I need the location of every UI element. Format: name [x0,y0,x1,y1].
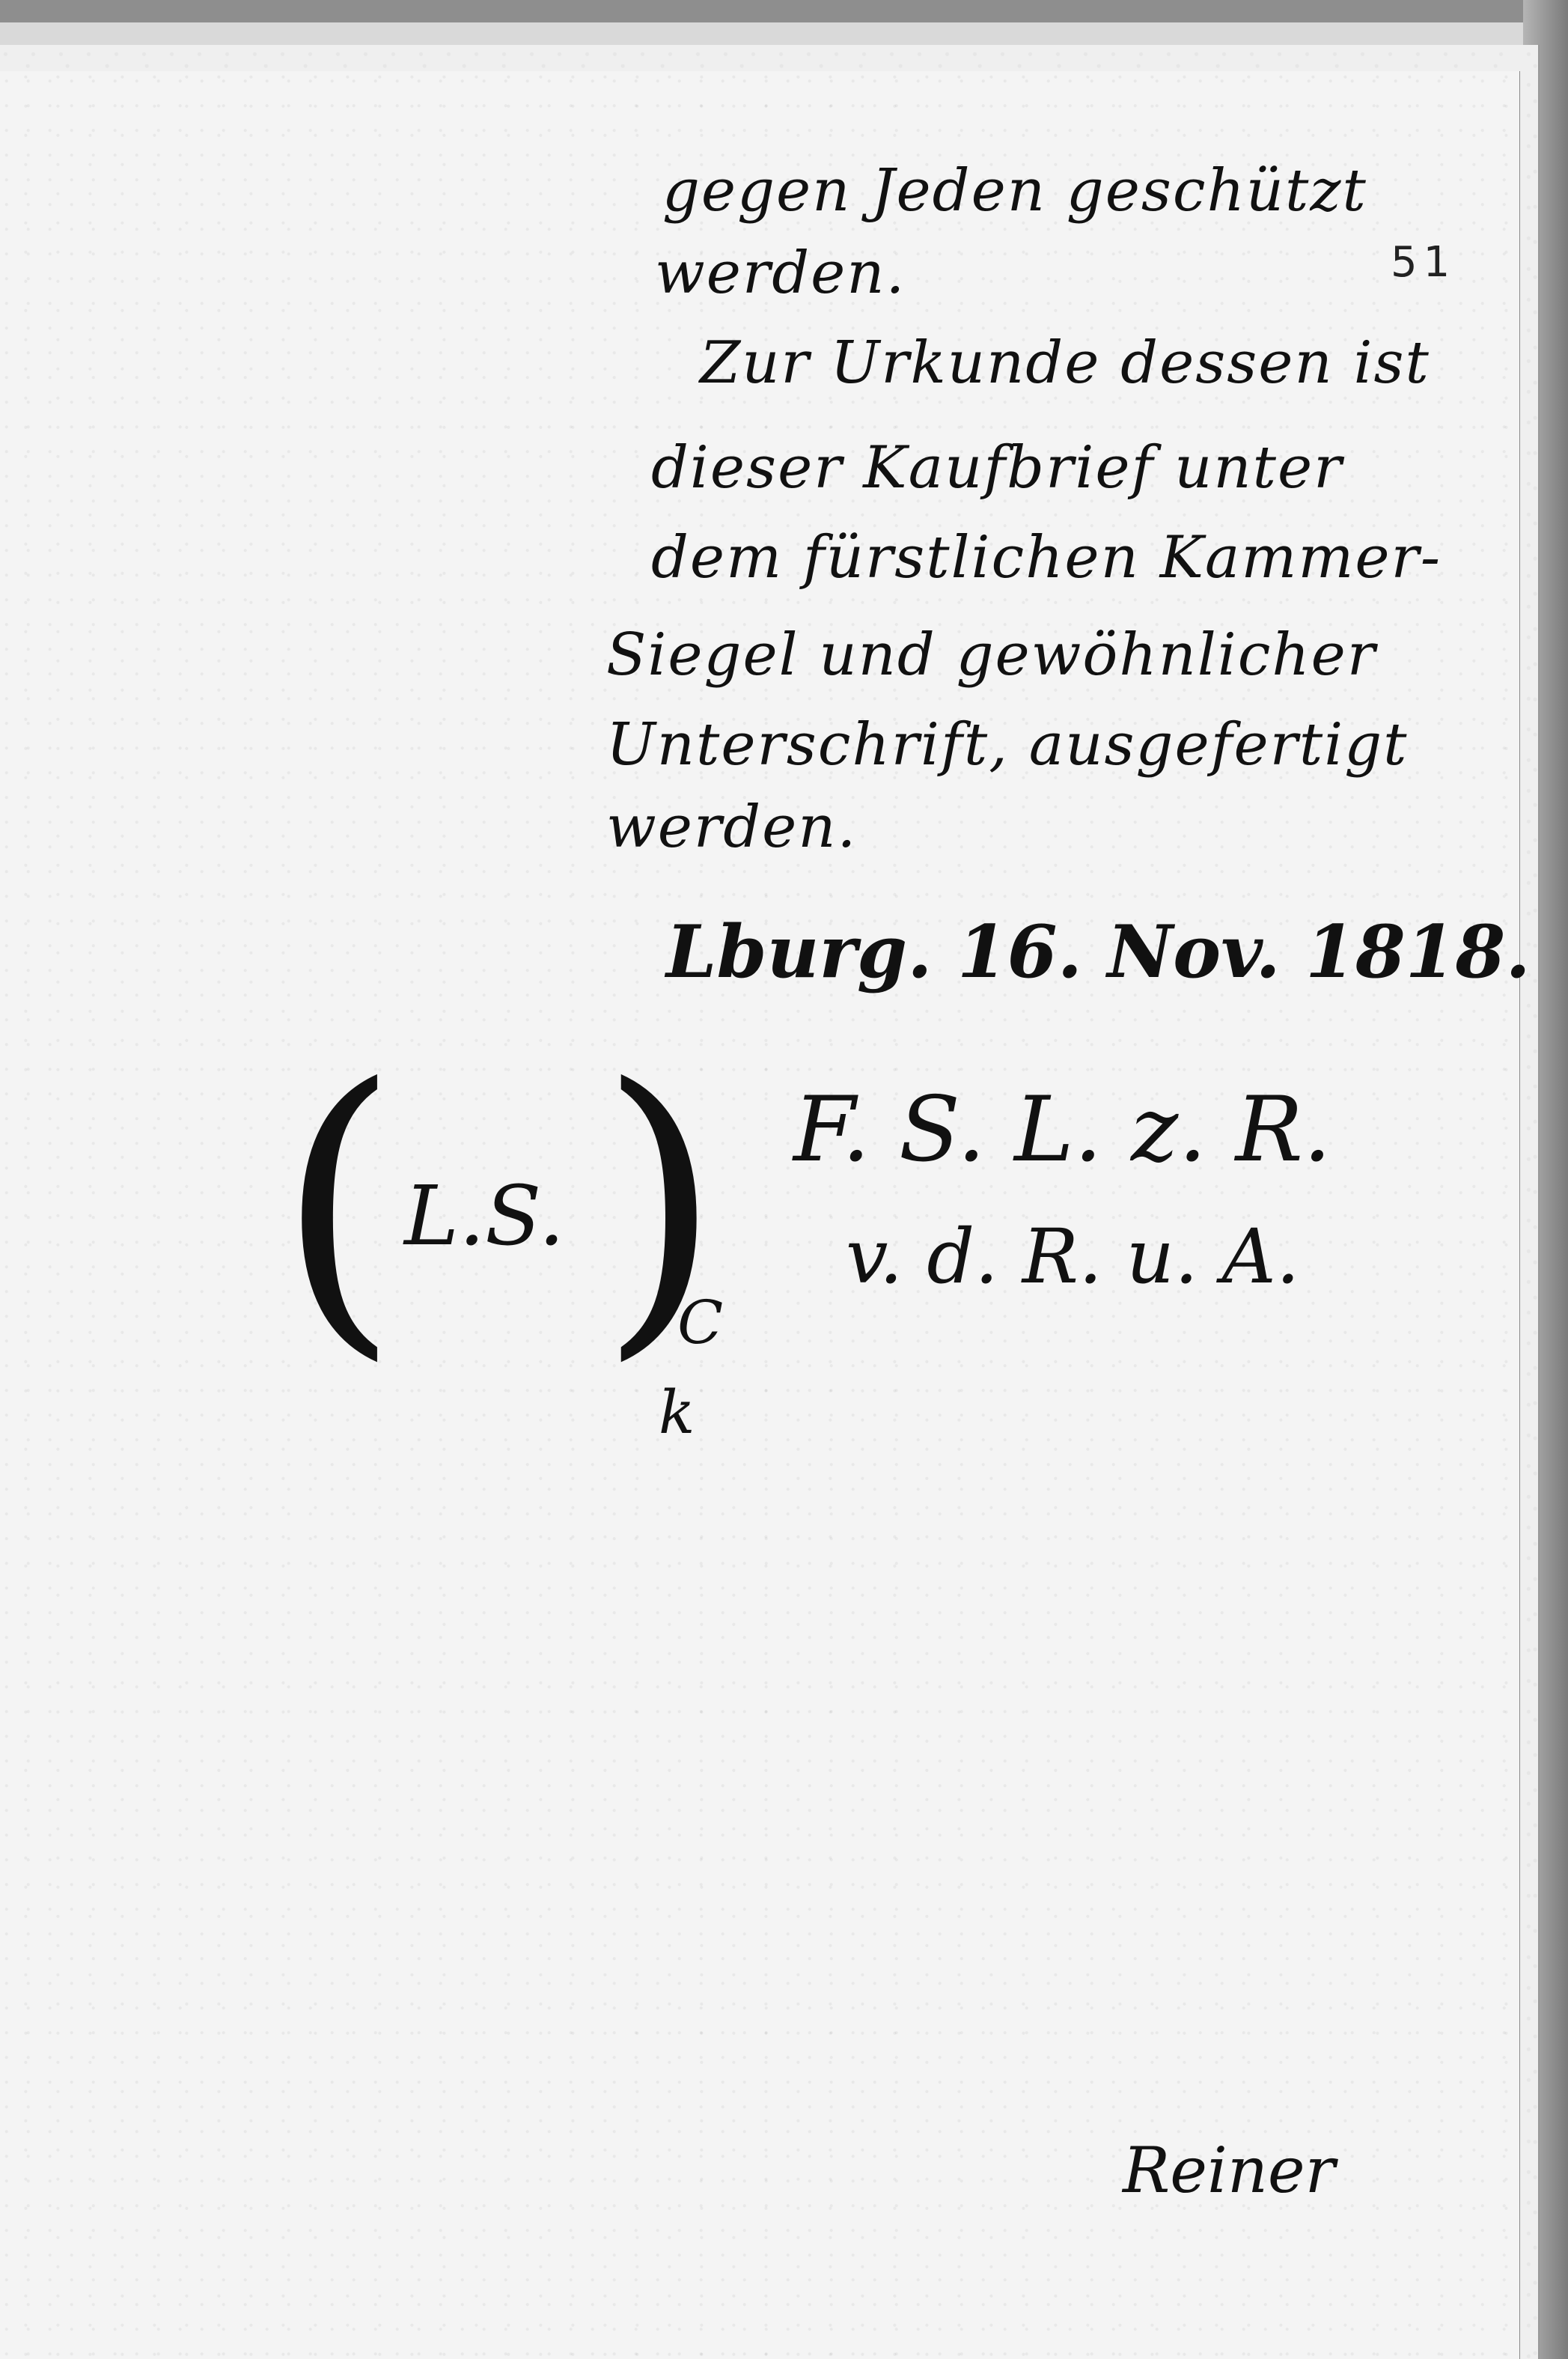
body-line-4: dieser Kaufbrief unter [651,434,1343,502]
seal-open-paren: ( [277,1063,400,1348]
seal-label: L.S. [404,1168,564,1264]
body-line-6: Siegel und gewöhnlicher [606,621,1376,689]
initial-mark-1: C [677,1288,723,1357]
initial-mark-2: k [659,1378,695,1447]
clerk-signature: Reiner [1123,2134,1335,2207]
body-line-1: gegen Jeden geschützt [662,157,1367,225]
seal-locus-sigilli: ( L.S. ) [277,1063,696,1348]
place-date: Lburg. 16. Nov. 1818. [666,910,1531,994]
body-line-3: Zur Urkunde dessen ist [700,329,1430,397]
signature-line-1: F. S. L. z. R. [793,1078,1331,1182]
signature-line-2: v. d. R. u. A. [846,1213,1300,1300]
folio-number: 51 [1391,238,1456,287]
body-line-8: werden. [606,794,857,861]
body-line-7: Unterschrift, ausgefertigt [606,711,1408,779]
body-line-2: werden. [655,240,906,307]
body-line-5: dem fürstlichen Kammer- [651,524,1442,591]
